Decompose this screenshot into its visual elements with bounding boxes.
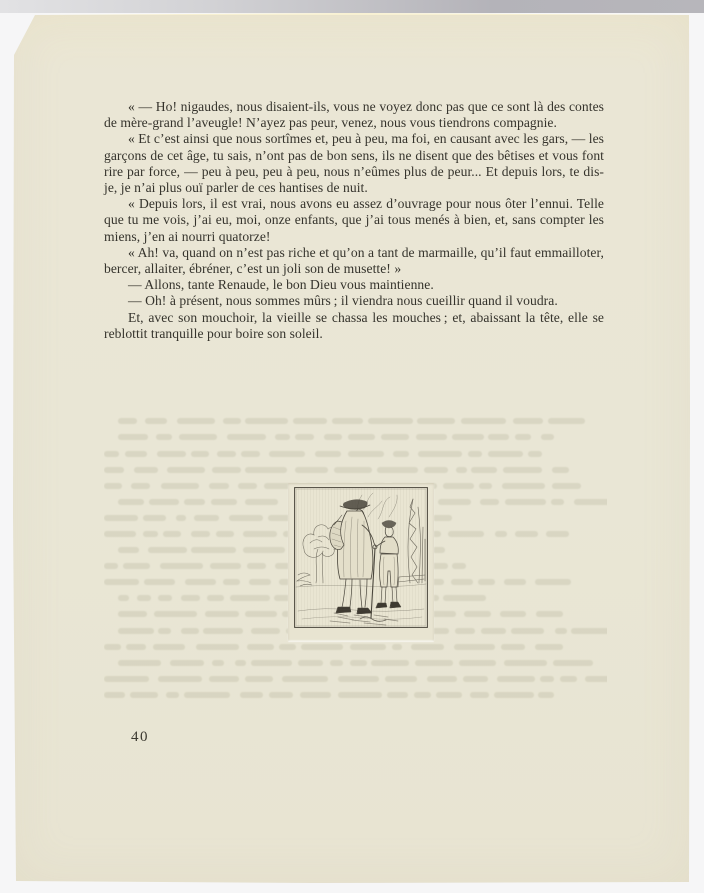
show-through-line — [104, 686, 607, 702]
paragraph: « Ah! va, quand on n’est pas riche et qu… — [104, 245, 604, 277]
paragraph: — Allons, tante Renaude, le bon Dieu vou… — [104, 277, 604, 293]
paragraph: « Depuis lors, il est vrai, nous avons e… — [104, 196, 604, 245]
paragraph: « Et c’est ainsi que nous sortîmes et, p… — [104, 131, 604, 196]
show-through-line — [104, 412, 607, 428]
page-number: 40 — [131, 729, 149, 746]
paragraph: — Oh! à présent, nous sommes mûrs ; il v… — [104, 293, 604, 309]
paragraph: Et, avec son mouchoir, la vieille se cha… — [104, 310, 604, 342]
show-through-line — [104, 670, 607, 686]
etching-plate — [288, 483, 434, 641]
etching-illustration — [294, 487, 428, 628]
show-through-line — [104, 444, 607, 460]
scanned-page-view: « — Ho! nigaudes, nous disaient-ils, vou… — [0, 0, 704, 893]
show-through-line — [104, 653, 607, 669]
paragraph: « — Ho! nigaudes, nous disaient-ils, vou… — [104, 99, 604, 131]
show-through-line — [104, 428, 607, 444]
book-page: « — Ho! nigaudes, nous disaient-ils, vou… — [13, 13, 690, 883]
show-through-line — [104, 460, 607, 476]
body-text: « — Ho! nigaudes, nous disaient-ils, vou… — [104, 99, 604, 342]
scanner-background-top — [0, 0, 704, 13]
